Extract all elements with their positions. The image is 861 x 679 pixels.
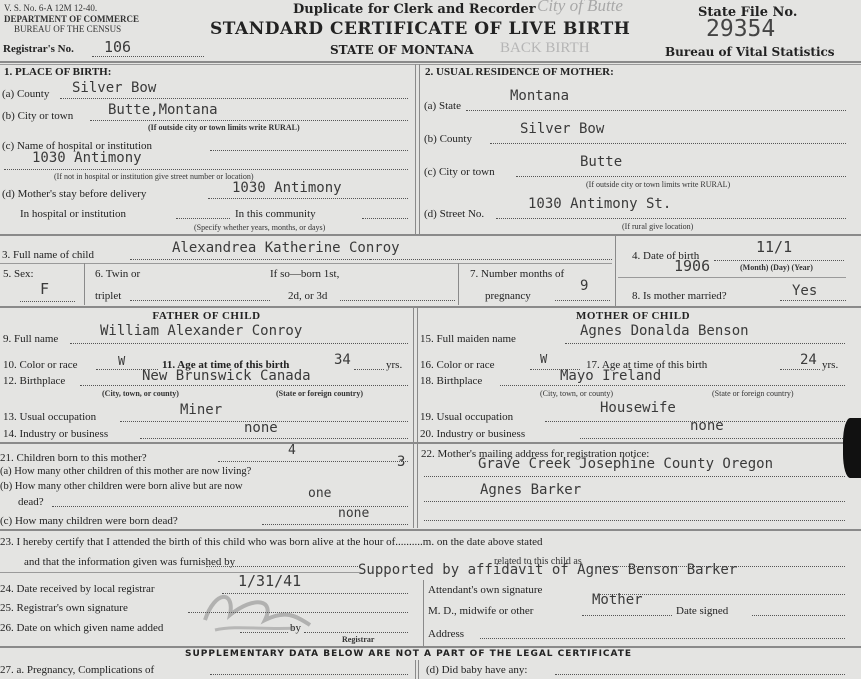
mother-age[interactable]: 24 bbox=[800, 352, 817, 368]
born-label-2: 2d, or 3d bbox=[288, 290, 327, 302]
date-signed-label: Date signed bbox=[676, 605, 728, 617]
given-name-label: 26. Date on which given name added bbox=[0, 622, 163, 634]
res-city[interactable]: Butte bbox=[580, 154, 622, 170]
mother-occupation-label: 19. Usual occupation bbox=[420, 411, 513, 423]
mother-industry-label: 20. Industry or business bbox=[420, 428, 525, 440]
pob-stay-label: (d) Mother's stay before delivery bbox=[2, 188, 146, 200]
md-label: M. D., midwife or other bbox=[428, 605, 533, 617]
dob-year[interactable]: 1906 bbox=[674, 257, 710, 275]
q21b-label-1: (b) How many other children were born al… bbox=[0, 481, 243, 492]
pob-city-note: (If outside city or town limits write RU… bbox=[148, 123, 300, 132]
married-label: 8. Is mother married? bbox=[632, 290, 727, 302]
form-code: V. S. No. 6-A 12M 12-40. bbox=[4, 3, 97, 13]
certify-line2: and that the information given was furni… bbox=[24, 556, 235, 568]
sex[interactable]: F bbox=[40, 280, 49, 298]
residence-heading: 2. USUAL RESIDENCE OF MOTHER: bbox=[425, 66, 614, 78]
father-bp-note-1: (City, town, or county) bbox=[102, 389, 179, 398]
pob-stay[interactable]: 1030 Antimony bbox=[232, 180, 342, 196]
mother-name[interactable]: Agnes Donalda Benson bbox=[580, 323, 749, 339]
res-county-label: (b) County bbox=[424, 133, 472, 145]
father-birthplace[interactable]: New Brunswick Canada bbox=[142, 368, 311, 384]
city-stamp: City of Butte bbox=[537, 0, 623, 16]
father-yrs: yrs. bbox=[386, 359, 402, 371]
mother-race-label: 16. Color or race bbox=[420, 359, 495, 371]
father-birthplace-label: 12. Birthplace bbox=[3, 375, 65, 387]
md-value[interactable]: Mother bbox=[592, 592, 643, 608]
qd-label: (d) Did baby have any: bbox=[426, 664, 527, 676]
res-street-label: (d) Street No. bbox=[424, 208, 484, 220]
back-birth-stamp: BACK BIRTH bbox=[500, 40, 590, 57]
q21-value[interactable]: 4 bbox=[288, 443, 296, 458]
attendant-signature-label: Attendant's own signature bbox=[428, 584, 542, 596]
pob-county[interactable]: Silver Bow bbox=[72, 80, 156, 96]
ink-blot-icon bbox=[843, 418, 861, 478]
father-heading: FATHER OF CHILD bbox=[0, 310, 413, 322]
mother-name-label: 15. Full maiden name bbox=[420, 333, 516, 345]
father-race-label: 10. Color or race bbox=[3, 359, 78, 371]
address-label: Address bbox=[428, 628, 464, 640]
stay-note: (Specify whether years, months, or days) bbox=[194, 223, 325, 232]
registrar-caption: Registrar bbox=[342, 635, 374, 644]
certificate-title: STANDARD CERTIFICATE OF LIVE BIRTH bbox=[210, 19, 630, 39]
mailing-line2[interactable]: Agnes Barker bbox=[480, 482, 581, 498]
father-occupation[interactable]: Miner bbox=[180, 402, 222, 418]
res-state-label: (a) State bbox=[424, 100, 461, 112]
res-state[interactable]: Montana bbox=[510, 88, 569, 104]
res-city-note: (If outside city or town limits write RU… bbox=[586, 180, 730, 189]
pob-county-label: (a) County bbox=[2, 88, 49, 100]
months-label-2: pregnancy bbox=[485, 290, 531, 302]
registrar-signature-label: 25. Registrar's own signature bbox=[0, 602, 128, 614]
mailing-line1[interactable]: Grave Creek Josephine County Oregon bbox=[478, 456, 773, 472]
stay-hospital-label: In hospital or institution bbox=[20, 208, 126, 220]
q21c-label: (c) How many children were born dead? bbox=[0, 515, 178, 527]
born-label-1: If so—born 1st, bbox=[270, 268, 339, 280]
res-street-note: (If rural give location) bbox=[622, 222, 693, 231]
bureau: BUREAU OF THE CENSUS bbox=[14, 24, 121, 34]
affidavit-note: Supported by affidavit of Agnes Benson B… bbox=[358, 562, 737, 578]
registrar-signature-icon bbox=[195, 580, 315, 640]
q21c-value[interactable]: none bbox=[338, 506, 369, 521]
res-county[interactable]: Silver Bow bbox=[520, 121, 604, 137]
pob-city[interactable]: Butte,Montana bbox=[108, 102, 218, 118]
duplicate-note: Duplicate for Clerk and Recorder bbox=[293, 2, 536, 17]
department: DEPARTMENT OF COMMERCE bbox=[4, 14, 139, 24]
mother-bp-note-1: (City, town, or county) bbox=[540, 389, 613, 398]
father-bp-note-2: (State or foreign country) bbox=[276, 389, 363, 398]
father-industry-label: 14. Industry or business bbox=[3, 428, 108, 440]
father-occupation-label: 13. Usual occupation bbox=[3, 411, 96, 423]
res-street[interactable]: 1030 Antimony St. bbox=[528, 196, 671, 212]
q21a-value[interactable]: 3 bbox=[397, 454, 405, 470]
months-label-1: 7. Number months of bbox=[470, 268, 564, 280]
mother-yrs: yrs. bbox=[822, 359, 838, 371]
received-label: 24. Date received by local registrar bbox=[0, 583, 155, 595]
pob-city-label: (b) City or town bbox=[2, 110, 73, 122]
registrar-no: 106 bbox=[104, 38, 131, 56]
twin-label-1: 6. Twin or bbox=[95, 268, 140, 280]
married[interactable]: Yes bbox=[792, 283, 817, 299]
child-name-label: 3. Full name of child bbox=[2, 249, 94, 261]
pob-hospital[interactable]: 1030 Antimony bbox=[32, 150, 142, 166]
state-name: STATE OF MONTANA bbox=[330, 43, 474, 57]
dob-note: (Month) (Day) (Year) bbox=[740, 263, 813, 272]
mother-heading: MOTHER OF CHILD bbox=[418, 310, 848, 322]
q21a-label: (a) How many other children of this moth… bbox=[0, 466, 251, 477]
sex-label: 5. Sex: bbox=[3, 268, 34, 280]
registrar-no-label: Registrar's No. bbox=[3, 43, 74, 55]
birth-certificate: V. S. No. 6-A 12M 12-40. DEPARTMENT OF C… bbox=[0, 0, 861, 679]
place-of-birth-heading: 1. PLACE OF BIRTH: bbox=[4, 66, 111, 78]
father-industry[interactable]: none bbox=[244, 420, 278, 436]
father-age[interactable]: 34 bbox=[334, 352, 351, 368]
mother-race[interactable]: W bbox=[540, 352, 547, 366]
bureau-vital: Bureau of Vital Statistics bbox=[665, 45, 835, 59]
months[interactable]: 9 bbox=[580, 278, 588, 294]
certify-line1: 23. I hereby certify that I attended the… bbox=[0, 536, 543, 548]
dob-monthday[interactable]: 11/1 bbox=[756, 238, 792, 256]
mother-birthplace[interactable]: Mayo Ireland bbox=[560, 368, 661, 384]
res-city-label: (c) City or town bbox=[424, 166, 495, 178]
pob-hospital-note: (If not in hospital or institution give … bbox=[54, 172, 254, 181]
state-file-no: 29354 bbox=[706, 16, 775, 42]
stay-community-label: In this community bbox=[235, 208, 316, 220]
supplementary-banner: SUPPLEMENTARY DATA BELOW ARE NOT A PART … bbox=[185, 649, 632, 659]
q27a-label: 27. a. Pregnancy, Complications of bbox=[0, 664, 154, 676]
father-race[interactable]: W bbox=[118, 354, 125, 368]
mother-occupation[interactable]: Housewife bbox=[600, 400, 676, 416]
mother-birthplace-label: 18. Birthplace bbox=[420, 375, 482, 387]
mother-bp-note-2: (State or foreign country) bbox=[712, 389, 794, 398]
q21b-value[interactable]: one bbox=[308, 486, 331, 501]
father-name-label: 9. Full name bbox=[3, 333, 58, 345]
mother-industry[interactable]: none bbox=[690, 418, 724, 434]
twin-label-2: triplet bbox=[95, 290, 121, 302]
child-name[interactable]: Alexandrea Katherine Conroy bbox=[172, 240, 400, 256]
q21b-label-2: dead? bbox=[18, 496, 44, 508]
father-name[interactable]: William Alexander Conroy bbox=[100, 323, 302, 339]
q21-label: 21. Children born to this mother? bbox=[0, 452, 147, 464]
